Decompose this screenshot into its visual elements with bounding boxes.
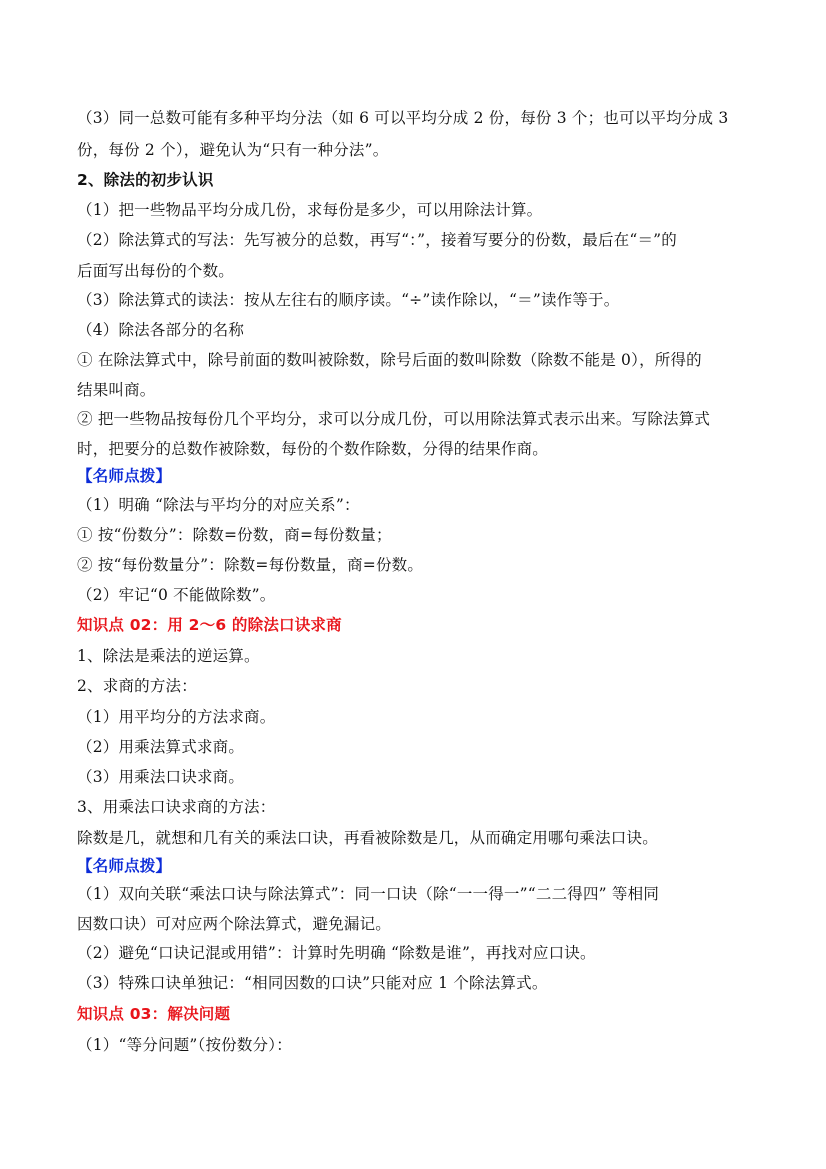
paragraph-line: 2、求商的方法： <box>77 676 197 696</box>
paragraph-line: 份，每份 2 个），避免认为“只有一种分法”。 <box>77 140 388 160</box>
paragraph-line: （4）除法各部分的名称 <box>77 320 244 340</box>
document-page: （3）同一总数可能有多种平均分法（如 6 可以平均分成 2 份，每份 3 个；也… <box>0 0 826 1169</box>
section-heading: 2、除法的初步认识 <box>77 170 214 190</box>
paragraph-line: 3、用乘法口诀求商的方法： <box>77 797 275 817</box>
paragraph-line: （1）用平均分的方法求商。 <box>77 707 275 727</box>
paragraph-line: ② 按“每份数量分”：除数=每份数量，商=份数。 <box>77 555 423 575</box>
paragraph-line: （1）双向关联“乘法口诀与除法算式”：同一口诀（除“一一得一”“二二得四” 等相… <box>77 884 659 904</box>
knowledge-point-heading: 知识点 03：解决问题 <box>77 1004 230 1024</box>
paragraph-line: （1）“等分问题”（按份数分）： <box>77 1035 292 1055</box>
paragraph-line: （3）特殊口诀单独记：“相同因数的口诀”只能对应 1 个除法算式。 <box>77 973 548 993</box>
paragraph-line: （2）除法算式的写法：先写被分的总数，再写“：”，接着写要分的份数，最后在“＝”… <box>77 230 677 250</box>
paragraph-line: 除数是几，就想和几有关的乘法口诀，再看被除数是几，从而确定用哪句乘法口诀。 <box>77 828 658 848</box>
paragraph-line: 1、除法是乘法的逆运算。 <box>77 646 260 666</box>
teacher-tip-heading: 【名师点拨】 <box>77 466 171 486</box>
paragraph-line: （2）用乘法算式求商。 <box>77 737 244 757</box>
paragraph-line: ② 把一些物品按每份几个平均分，求可以分成几份，可以用除法算式表示出来。写除法算… <box>77 409 710 429</box>
paragraph-line: （1）把一些物品平均分成几份，求每份是多少，可以用除法计算。 <box>77 200 542 220</box>
paragraph-line: 因数口诀）可对应两个除法算式，避免漏记。 <box>77 914 391 934</box>
paragraph-line: 结果叫商。 <box>77 380 156 400</box>
paragraph-line: ① 按“份数分”：除数=份数，商=每份数量； <box>77 525 392 545</box>
paragraph-line: （2）避免“口诀记混或用错”：计算时先明确 “除数是谁”，再找对应口诀。 <box>77 943 596 963</box>
paragraph-line: ① 在除法算式中，除号前面的数叫被除数，除号后面的数叫除数（除数不能是 0），所… <box>77 350 702 370</box>
paragraph-line: 时，把要分的总数作被除数，每份的个数作除数，分得的结果作商。 <box>77 439 548 459</box>
paragraph-line: （3）除法算式的读法：按从左往右的顺序读。“÷”读作除以，“＝”读作等于。 <box>77 290 619 310</box>
teacher-tip-heading: 【名师点拨】 <box>77 856 171 876</box>
paragraph-line: （3）同一总数可能有多种平均分法（如 6 可以平均分成 2 份，每份 3 个；也… <box>77 108 728 128</box>
knowledge-point-heading: 知识点 02：用 2～6 的除法口诀求商 <box>77 615 342 635</box>
paragraph-line: 后面写出每份的个数。 <box>77 261 234 281</box>
paragraph-line: （3）用乘法口诀求商。 <box>77 767 244 787</box>
paragraph-line: （1）明确 “除法与平均分的对应关系”： <box>77 495 360 515</box>
paragraph-line: （2）牢记“0 不能做除数”。 <box>77 585 276 605</box>
